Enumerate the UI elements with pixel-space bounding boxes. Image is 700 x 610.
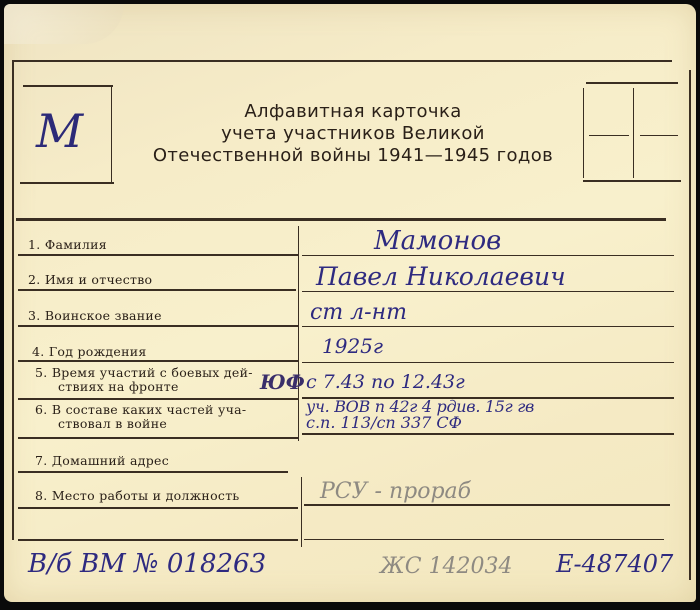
grid-box-top [586, 82, 678, 84]
field-7-label: 7. Домашний адрес [35, 453, 169, 468]
field-label-line-1: В составе каких частей уча- [52, 402, 247, 417]
field-label-line-2: ствовал в войне [35, 417, 246, 431]
left-rule-5 [18, 398, 298, 400]
form-top-thick-rule [16, 218, 666, 221]
field-label: Имя и отчество [45, 272, 153, 287]
alphabetical-record-card: М Алфавитная карточка учета участников В… [4, 4, 696, 602]
field-number: 6. [35, 402, 48, 417]
field-label: Год рождения [49, 344, 147, 359]
field-label: Место работы и должность [52, 488, 240, 503]
letter-box-right [111, 86, 112, 182]
field-label-line-1: Время участий с боевых дей- [52, 365, 253, 380]
right-rule-6 [302, 433, 674, 435]
units-value-line-2: с.п. 113/сп 337 СФ [306, 413, 462, 432]
letter-box-bottom [20, 182, 114, 184]
frame-left-rule [12, 60, 14, 540]
left-rule-3 [18, 325, 298, 327]
field-5-label: 5. Время участий с боевых дей- ствиях на… [35, 366, 253, 394]
left-rule-8 [18, 507, 298, 509]
field-number: 7. [35, 453, 48, 468]
index-letter: М [36, 106, 83, 156]
title-line-3: Отечественной войны 1941—1945 годов [117, 145, 589, 167]
field-label: Домашний адрес [52, 453, 169, 468]
field-number: 5. [35, 365, 48, 380]
frame-right-rule [689, 70, 691, 580]
right-rule-3 [302, 326, 674, 327]
field-label-line-2: ствиях на фронте [35, 380, 253, 394]
pencil-reference-number: ЖС 142034 [380, 554, 513, 579]
participation-period-value: с 7.43 по 12.43г [306, 371, 465, 393]
frame-top-rule [12, 60, 672, 62]
left-rule-1 [18, 254, 298, 256]
left-rule-6 [18, 437, 298, 439]
left-rule-4 [18, 360, 298, 362]
field-6-label: 6. В составе каких частей уча- ствовал в… [35, 403, 246, 431]
column-divider-lower [301, 477, 302, 547]
paper-crease [4, 4, 124, 44]
right-rule-8 [304, 504, 670, 506]
name-patronymic-value: Павел Николаевич [316, 262, 566, 291]
field-2-label: 2. Имя и отчество [28, 272, 152, 287]
field-8-label: 8. Место работы и должность [35, 488, 240, 503]
field-3-label: 3. Воинское звание [28, 308, 162, 323]
title-line-1: Алфавитная карточка [117, 101, 589, 123]
left-rule-2 [18, 289, 296, 291]
surname-value: Мамонов [374, 226, 501, 256]
military-id-number: В/б ВМ № 018263 [28, 549, 266, 579]
birth-year-value: 1925г [322, 334, 383, 358]
column-divider [298, 226, 299, 441]
right-rule-4 [302, 362, 674, 363]
field-number: 1. [28, 237, 41, 252]
field-label: Воинское звание [45, 308, 162, 323]
grid-box-mid [633, 88, 634, 178]
grid-box-hleft [589, 135, 629, 136]
field-label: Фамилия [45, 237, 107, 252]
left-rule-bottom [18, 539, 298, 541]
right-rule-2 [302, 291, 674, 292]
rank-value: ст л-нт [310, 300, 407, 325]
grid-box-hright [640, 135, 678, 136]
field-4-label: 4. Год рождения [32, 344, 147, 359]
front-margin-note: ЮФ [260, 370, 305, 394]
grid-box-bottom [583, 180, 681, 182]
title-line-2: учета участников Великой [117, 123, 589, 145]
field-number: 8. [35, 488, 48, 503]
left-rule-7 [18, 471, 288, 473]
workplace-position-value: РСУ - прораб [320, 479, 471, 504]
grid-box-left [583, 88, 584, 178]
field-number: 4. [32, 344, 45, 359]
ink-reference-number: Е-487407 [556, 550, 673, 578]
field-number: 3. [28, 308, 41, 323]
letter-box-top [23, 85, 113, 87]
card-title: Алфавитная карточка учета участников Вел… [117, 101, 589, 167]
field-1-label: 1. Фамилия [28, 237, 107, 252]
field-number: 2. [28, 272, 41, 287]
right-rule-bottom [304, 539, 664, 540]
